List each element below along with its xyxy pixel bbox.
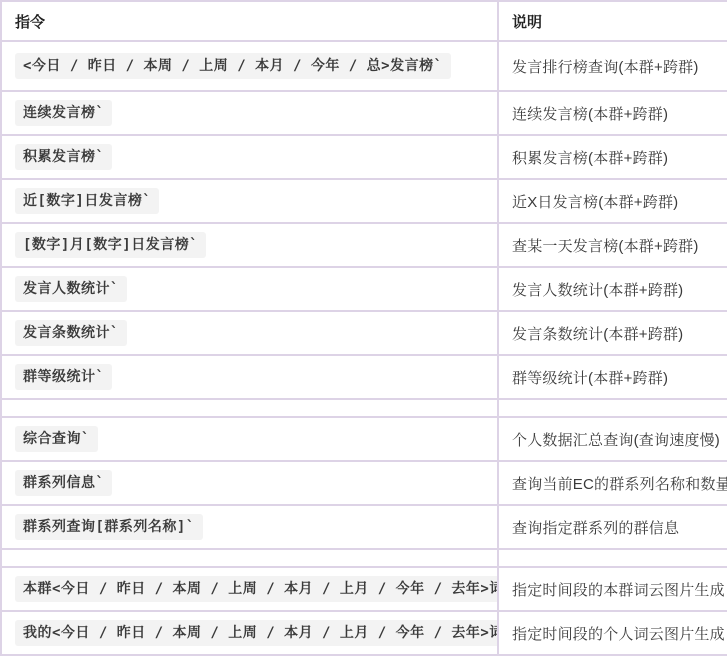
header-row: 指令 说明: [1, 1, 727, 41]
description-cell: 指定时间段的个人词云图片生成: [498, 611, 727, 655]
description-text: 积累发言榜(本群+跨群): [512, 150, 668, 167]
description-cell: 发言条数统计(本群+跨群): [498, 311, 727, 355]
description-text: 近X日发言榜(本群+跨群): [512, 194, 678, 211]
description-cell: 连续发言榜(本群+跨群): [498, 91, 727, 135]
table-row: 群系列信息` 查询当前EC的群系列名称和数量: [1, 461, 727, 505]
table-row: [数字]月[数字]日发言榜` 查某一天发言榜(本群+跨群): [1, 223, 727, 267]
command-cell: 积累发言榜`: [1, 135, 498, 179]
command-cell: 连续发言榜`: [1, 91, 498, 135]
command-cell: 我的<今日 / 昨日 / 本周 / 上周 / 本月 / 上月 / 今年 / 去年…: [1, 611, 498, 655]
spacer-description-cell: [498, 399, 727, 417]
command-cell: 群系列信息`: [1, 461, 498, 505]
description-cell: 个人数据汇总查询(查询速度慢): [498, 417, 727, 461]
command-code: 积累发言榜`: [15, 144, 112, 171]
description-text: 个人数据汇总查询(查询速度慢): [512, 432, 720, 449]
description-cell: 发言排行榜查询(本群+跨群): [498, 41, 727, 91]
command-cell: 发言人数统计`: [1, 267, 498, 311]
description-text: 发言排行榜查询(本群+跨群): [512, 59, 699, 76]
command-table-body: <今日 / 昨日 / 本周 / 上周 / 本月 / 今年 / 总>发言榜` 发言…: [1, 41, 727, 655]
command-code: 本群<今日 / 昨日 / 本周 / 上周 / 本月 / 上月 / 今年 / 去年…: [15, 576, 498, 603]
spacer-row: [1, 399, 727, 417]
spacer-command-cell: [1, 399, 498, 417]
command-code: 综合查询`: [15, 426, 98, 453]
command-table-header: 指令 说明: [1, 1, 727, 41]
description-text: 发言人数统计(本群+跨群): [512, 282, 683, 299]
command-cell: [数字]月[数字]日发言榜`: [1, 223, 498, 267]
command-code: 我的<今日 / 昨日 / 本周 / 上周 / 本月 / 上月 / 今年 / 去年…: [15, 620, 498, 647]
table-row: 发言条数统计` 发言条数统计(本群+跨群): [1, 311, 727, 355]
description-cell: 查某一天发言榜(本群+跨群): [498, 223, 727, 267]
description-cell: 指定时间段的本群词云图片生成: [498, 567, 727, 611]
table-row: 发言人数统计` 发言人数统计(本群+跨群): [1, 267, 727, 311]
description-text: 群等级统计(本群+跨群): [512, 370, 668, 387]
command-cell: 本群<今日 / 昨日 / 本周 / 上周 / 本月 / 上月 / 今年 / 去年…: [1, 567, 498, 611]
command-cell: 发言条数统计`: [1, 311, 498, 355]
spacer-description-cell: [498, 549, 727, 567]
command-code: 近[数字]日发言榜`: [15, 188, 159, 215]
command-code: 发言人数统计`: [15, 276, 127, 303]
description-text: 查某一天发言榜(本群+跨群): [512, 238, 699, 255]
description-text: 连续发言榜(本群+跨群): [512, 106, 668, 123]
description-cell: 查询当前EC的群系列名称和数量: [498, 461, 727, 505]
command-code: 连续发言榜`: [15, 100, 112, 127]
table-row: 连续发言榜` 连续发言榜(本群+跨群): [1, 91, 727, 135]
description-text: 指定时间段的本群词云图片生成: [512, 582, 725, 599]
table-row: <今日 / 昨日 / 本周 / 上周 / 本月 / 今年 / 总>发言榜` 发言…: [1, 41, 727, 91]
column-header-command: 指令: [1, 1, 498, 41]
command-code: 群系列查询[群系列名称]`: [15, 514, 203, 541]
description-text: 查询指定群系列的群信息: [512, 520, 679, 537]
description-cell: 近X日发言榜(本群+跨群): [498, 179, 727, 223]
table-row: 综合查询` 个人数据汇总查询(查询速度慢): [1, 417, 727, 461]
command-code: 群系列信息`: [15, 470, 112, 497]
spacer-row: [1, 549, 727, 567]
command-cell: 综合查询`: [1, 417, 498, 461]
description-text: 查询当前EC的群系列名称和数量: [512, 476, 727, 493]
command-code: 群等级统计`: [15, 364, 112, 391]
description-text: 发言条数统计(本群+跨群): [512, 326, 683, 343]
command-cell: <今日 / 昨日 / 本周 / 上周 / 本月 / 今年 / 总>发言榜`: [1, 41, 498, 91]
table-row: 我的<今日 / 昨日 / 本周 / 上周 / 本月 / 上月 / 今年 / 去年…: [1, 611, 727, 655]
description-cell: 发言人数统计(本群+跨群): [498, 267, 727, 311]
command-cell: 近[数字]日发言榜`: [1, 179, 498, 223]
command-cell: 群系列查询[群系列名称]`: [1, 505, 498, 549]
command-code: <今日 / 昨日 / 本周 / 上周 / 本月 / 今年 / 总>发言榜`: [15, 53, 451, 80]
description-cell: 群等级统计(本群+跨群): [498, 355, 727, 399]
command-table: 指令 说明 <今日 / 昨日 / 本周 / 上周 / 本月 / 今年 / 总>发…: [0, 0, 727, 656]
commands-doc-page: 指令 说明 <今日 / 昨日 / 本周 / 上周 / 本月 / 今年 / 总>发…: [0, 0, 727, 657]
table-row: 积累发言榜` 积累发言榜(本群+跨群): [1, 135, 727, 179]
spacer-command-cell: [1, 549, 498, 567]
table-row: 近[数字]日发言榜` 近X日发言榜(本群+跨群): [1, 179, 727, 223]
description-cell: 积累发言榜(本群+跨群): [498, 135, 727, 179]
description-cell: 查询指定群系列的群信息: [498, 505, 727, 549]
command-cell: 群等级统计`: [1, 355, 498, 399]
column-header-description: 说明: [498, 1, 727, 41]
description-text: 指定时间段的个人词云图片生成: [512, 626, 725, 643]
table-row: 群系列查询[群系列名称]` 查询指定群系列的群信息: [1, 505, 727, 549]
command-code: [数字]月[数字]日发言榜`: [15, 232, 206, 259]
command-code: 发言条数统计`: [15, 320, 127, 347]
table-row: 群等级统计` 群等级统计(本群+跨群): [1, 355, 727, 399]
table-row: 本群<今日 / 昨日 / 本周 / 上周 / 本月 / 上月 / 今年 / 去年…: [1, 567, 727, 611]
